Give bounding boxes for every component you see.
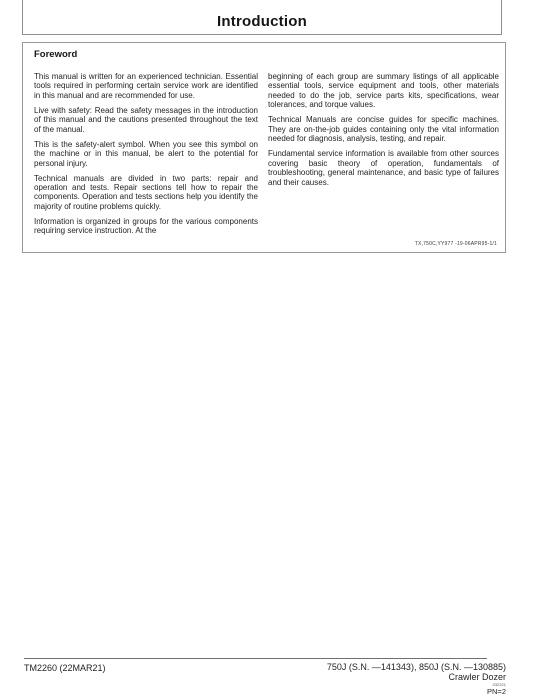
footer-rule — [24, 658, 487, 659]
figure-reference-code: TX,750C,YY977 -19-06APR95-1/1 — [415, 241, 497, 247]
manual-page: Introduction Foreword This manual is wri… — [0, 0, 541, 700]
foreword-paragraph: beginning of each group are summary list… — [268, 72, 499, 110]
foreword-paragraph: Live with safety: Read the safety messag… — [34, 106, 258, 134]
foreword-left-column: This manual is written for an experience… — [34, 72, 258, 236]
page-title: Introduction — [23, 13, 501, 30]
foreword-paragraph: Information is organized in groups for t… — [34, 217, 258, 236]
foreword-paragraph: This is the safety-alert symbol. When yo… — [34, 140, 258, 168]
footer-machine-type: Crawler Dozer — [327, 672, 506, 682]
foreword-paragraph: Fundamental service information is avail… — [268, 149, 499, 187]
foreword-heading: Foreword — [34, 49, 77, 60]
footer-page-number: PN=2 — [327, 687, 506, 696]
foreword-paragraph: Technical manuals are divided in two par… — [34, 174, 258, 212]
footer-model-serials: 750J (S.N. —141343), 850J (S.N. —130885) — [327, 662, 506, 672]
foreword-right-column: beginning of each group are summary list… — [268, 72, 499, 187]
page-header-box: Introduction — [22, 0, 502, 35]
footer-right-block: 750J (S.N. —141343), 850J (S.N. —130885)… — [327, 662, 506, 696]
foreword-section: Foreword This manual is written for an e… — [22, 42, 506, 253]
foreword-paragraph: This manual is written for an experience… — [34, 72, 258, 100]
footer-manual-number: TM2260 (22MAR21) — [24, 663, 106, 673]
foreword-paragraph: Technical Manuals are concise guides for… — [268, 115, 499, 143]
